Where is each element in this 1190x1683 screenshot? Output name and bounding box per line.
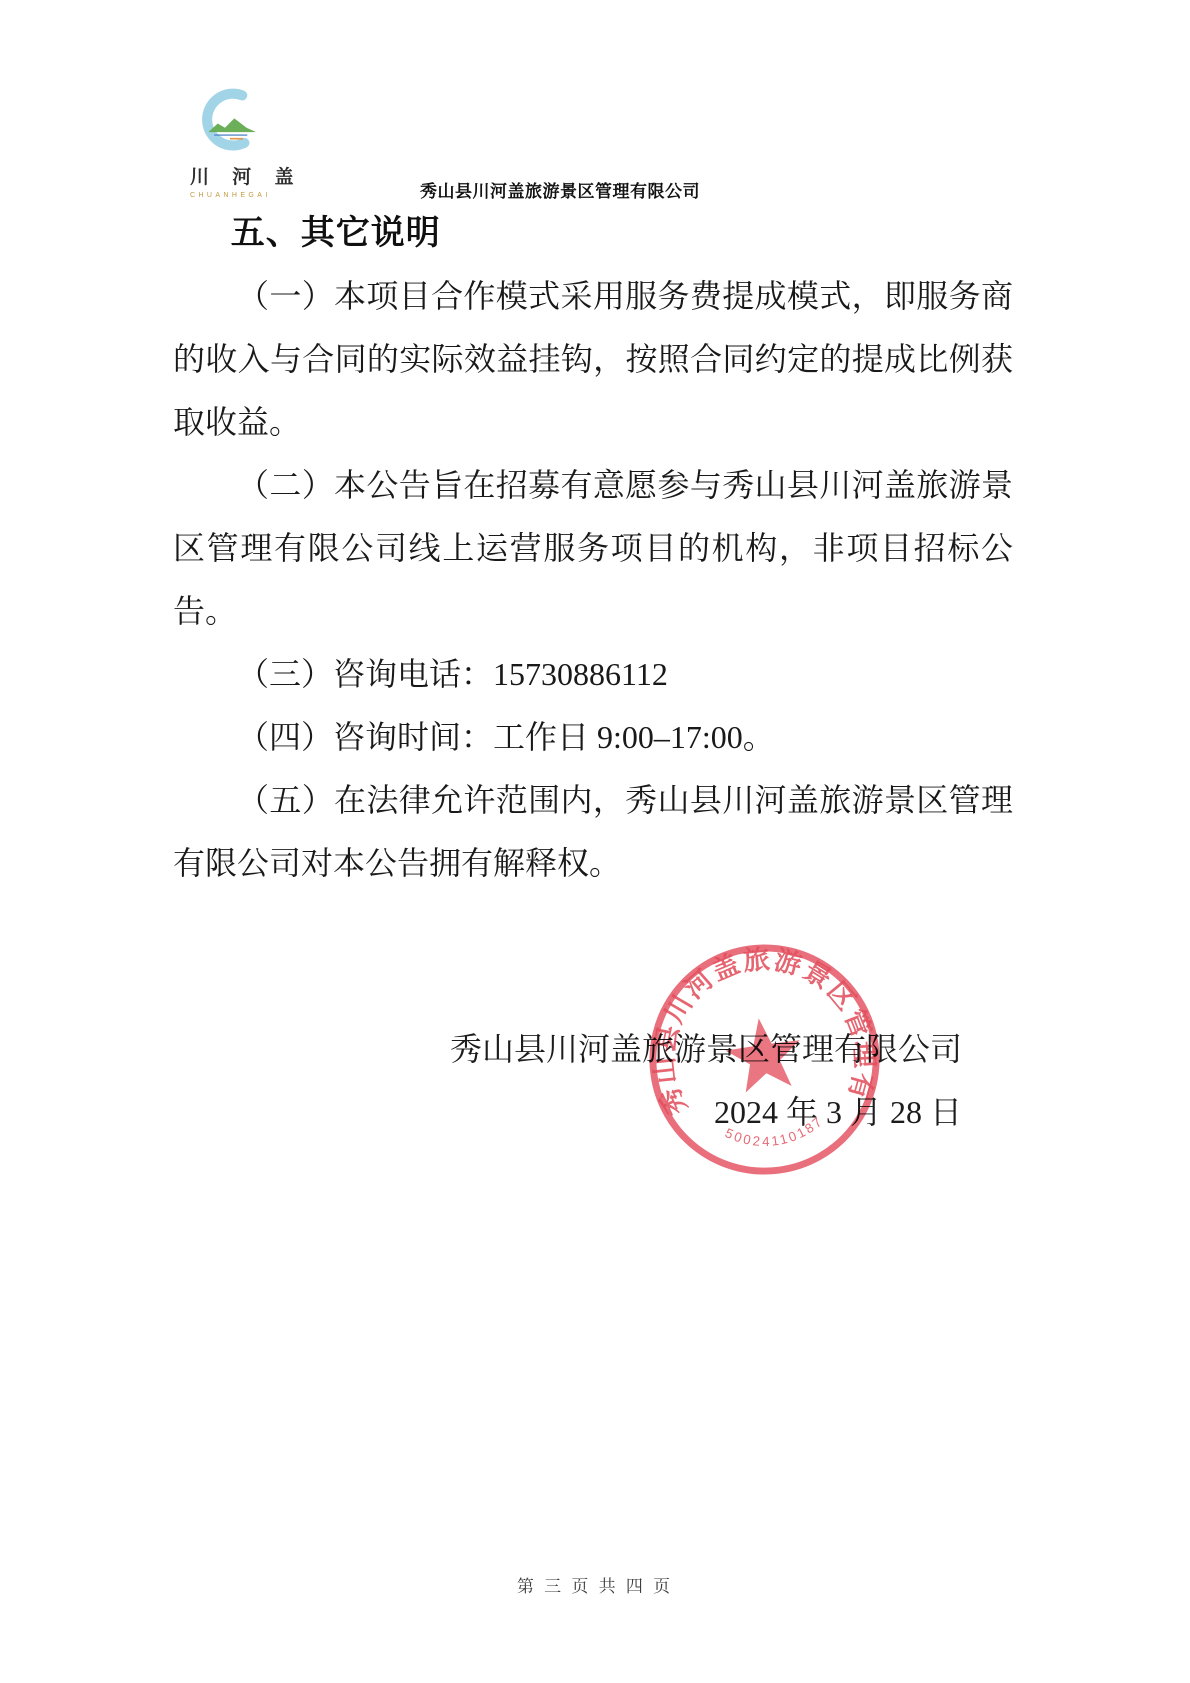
document-page: 川 河 盖 CHUANHEGAI 秀山县川河盖旅游景区管理有限公司 五、其它说明… [0, 0, 1190, 1683]
document-body: 五、其它说明 （一）本项目合作模式采用服务费提成模式，即服务商的收入与合同的实际… [173, 202, 1013, 895]
logo-brush-arc [207, 94, 244, 146]
paragraph-3-phone: （三）咨询电话：15730886112 [173, 643, 1013, 706]
logo-wordmark-latin: CHUANHEGAI [190, 192, 300, 199]
logo: 川 河 盖 CHUANHEGAI [190, 84, 300, 199]
section-title: 五、其它说明 [173, 202, 1013, 265]
logo-micro-text-line [214, 134, 247, 136]
signature-company: 秀山县川河盖旅游景区管理有限公司 [450, 1018, 962, 1081]
paragraph-2: （二）本公告旨在招募有意愿参与秀山县川河盖旅游景区管理有限公司线上运营服务项目的… [173, 454, 1013, 643]
logo-wordmark: 川 河 盖 [190, 162, 300, 189]
paragraph-4-hours: （四）咨询时间：工作日 9:00–17:00。 [173, 706, 1013, 769]
logo-micro-text-line2 [230, 138, 243, 140]
signature-block: 秀山县川河盖旅游景区管理有限公司 2024 年 3 月 28 日 [450, 1018, 962, 1144]
paragraph-5: （五）在法律允许范围内，秀山县川河盖旅游景区管理有限公司对本公告拥有解释权。 [173, 769, 1013, 895]
signature-date: 2024 年 3 月 28 日 [450, 1081, 962, 1144]
page-footer: 第 三 页 共 四 页 [0, 1572, 1190, 1597]
logo-c-icon [194, 84, 266, 160]
logo-mountains-icon [208, 118, 256, 132]
paragraph-1: （一）本项目合作模式采用服务费提成模式，即服务商的收入与合同的实际效益挂钩，按照… [173, 265, 1013, 454]
header-company-name: 秀山县川河盖旅游景区管理有限公司 [420, 177, 700, 202]
